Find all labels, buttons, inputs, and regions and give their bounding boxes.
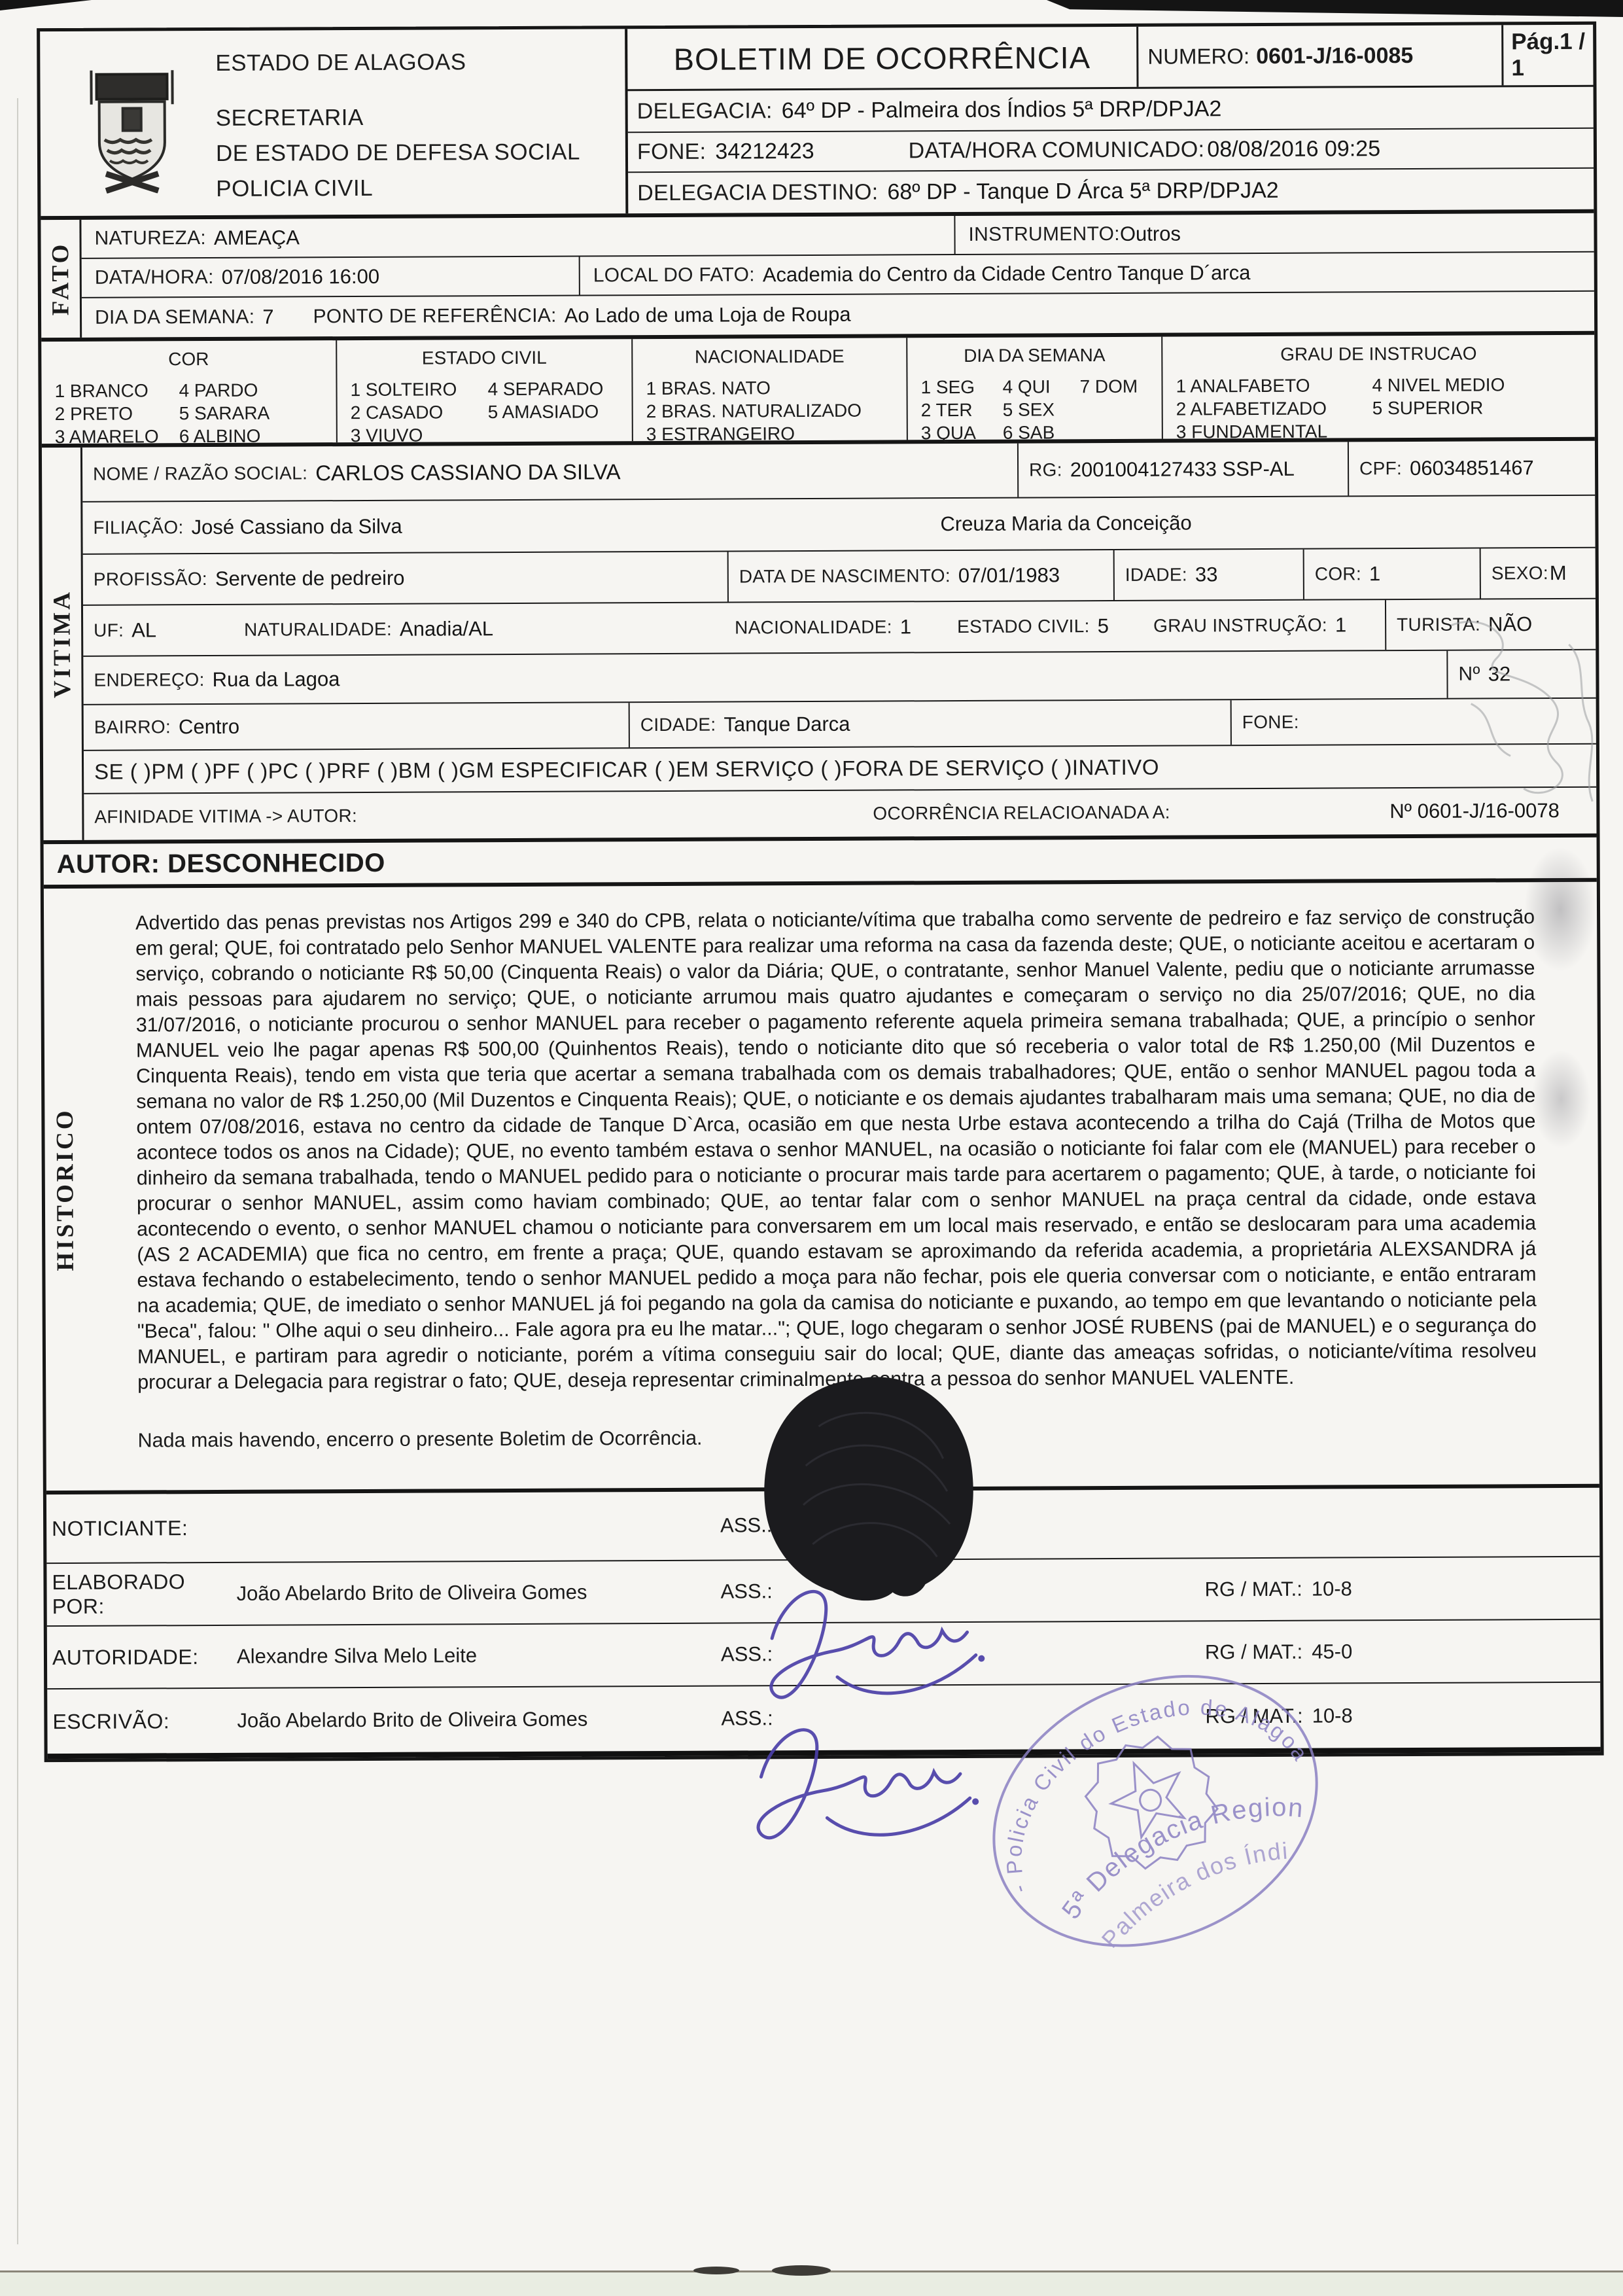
escrivao-role-label: ESCRIVÃO: — [47, 1709, 198, 1734]
document-page: ESTADO DE ALAGOAS SECRETARIA DE ESTADO D… — [0, 0, 1623, 2270]
ponto-referencia-value: Ao Lado de uma Loja de Roupa — [565, 303, 851, 328]
cidade-label: CIDADE: — [640, 715, 716, 736]
profissao-value: Servente de pedreiro — [215, 567, 405, 591]
filiacao-pai-value: José Cassiano da Silva — [191, 515, 402, 539]
legend-nacionalidade: NACIONALIDADE 1 BRAS. NATO 2 BRAS. NATUR… — [631, 338, 907, 441]
ponto-referencia-label: PONTO DE REFERÊNCIA: — [313, 305, 557, 328]
cidade-value: Tanque Darca — [724, 713, 850, 737]
filiacao-label: FILIAÇÃO: — [93, 517, 183, 539]
signature-escrivao — [736, 1706, 998, 1884]
uf-label: UF: — [94, 620, 124, 641]
vitima-fone-label: FONE: — [1242, 712, 1299, 733]
header-main-block: BOLETIM DE OCORRÊNCIA NUMERO: 0601-J/16-… — [627, 25, 1594, 213]
paper-edge-shadow — [17, 98, 18, 2244]
estado-civil-label: ESTADO CIVIL: — [957, 616, 1090, 637]
elaborado-rgmat-label: RG / MAT.: — [1204, 1578, 1302, 1602]
comunicado-value: 08/08/2016 09:25 — [1207, 136, 1380, 162]
destino-value: 68º DP - Tanque D Árca 5ª DRP/DPJA2 — [887, 178, 1278, 205]
nome-value: CARLOS CASSIANO DA SILVA — [315, 459, 621, 486]
alagoas-coat-of-arms-icon — [71, 62, 193, 194]
org-line-defesa-social: DE ESTADO DE DEFESA SOCIAL — [216, 139, 580, 167]
delegacia-label: DELEGACIA: — [637, 98, 773, 124]
org-line-policia-civil: POLICIA CIVIL — [216, 175, 580, 202]
scan-edge-blob — [772, 2265, 831, 2276]
cor-label: COR: — [1315, 563, 1361, 584]
scan-smear — [1531, 1050, 1591, 1148]
cpf-value: 06034851467 — [1410, 456, 1534, 480]
vitima-section: VITIMA NOME / RAZÃO SOCIAL: CARLOS CASSI… — [42, 441, 1597, 844]
historico-section-label: HISTORICO — [44, 889, 87, 1491]
document-number: NUMERO: 0601-J/16-0085 — [1136, 25, 1501, 87]
endereco-label: ENDEREÇO: — [94, 669, 204, 691]
ocorrencia-relacionada-label: OCORRÊNCIA RELACIOANADA A: — [873, 802, 1170, 824]
instrumento-value: Outros — [1120, 222, 1181, 246]
legend-grau-instrucao: GRAU DE INSTRUCAO 1 ANALFABETO4 NIVEL ME… — [1161, 335, 1595, 439]
estado-civil-value: 5 — [1098, 614, 1109, 638]
stamp-ring-text: - Policia Civil do Estado de Alagoas - — [965, 1659, 1317, 1909]
noticiante-role-label: NOTICIANTE: — [46, 1516, 197, 1541]
local-fato-label: LOCAL DO FATO: — [593, 264, 755, 287]
autoridade-name: Alexandre Silva Melo Leite — [198, 1643, 721, 1669]
idade-value: 33 — [1195, 563, 1218, 586]
delegacia-value: 64º DP - Palmeira dos Índios 5ª DRP/DPJA… — [782, 96, 1222, 124]
code-legend: COR 1 BRANCO4 PARDO 2 PRETO5 SARARA 3 AM… — [41, 335, 1595, 448]
org-line-estado: ESTADO DE ALAGOAS — [215, 49, 580, 77]
pencil-smudge-marks — [1425, 605, 1602, 828]
noticiante-name — [197, 1526, 720, 1528]
local-fato-value: Academia do Centro da Cidade Centro Tanq… — [763, 261, 1251, 287]
dia-semana-label: DIA DA SEMANA: — [95, 306, 254, 329]
naturalidade-label: NATURALIDADE: — [244, 619, 392, 641]
autor-line: AUTOR: DESCONHECIDO — [44, 838, 1597, 889]
svg-text:- Policia Civil do Estado de A: - Policia Civil do Estado de Alagoas - — [965, 1659, 1317, 1909]
fone-value: 34212423 — [715, 139, 814, 165]
elaborado-name: João Abelardo Brito de Oliveira Gomes — [197, 1580, 720, 1606]
sexo-value: M — [1550, 561, 1567, 585]
cor-value: 1 — [1369, 562, 1380, 586]
profissao-label: PROFISSÃO: — [94, 569, 207, 590]
idade-label: IDADE: — [1125, 564, 1187, 585]
numero-label: NUMERO: — [1147, 44, 1249, 69]
autoridade-role-label: AUTORIDADE: — [47, 1645, 198, 1670]
legend-cor: COR 1 BRANCO4 PARDO 2 PRETO5 SARARA 3 AM… — [41, 340, 336, 444]
scanned-police-report: { "header": { "org_lines": ["ESTADO DE A… — [0, 0, 1623, 2296]
destino-label: DELEGACIA DESTINO: — [637, 179, 878, 206]
police-round-stamp: - Policia Civil do Estado de Alagoas - 5… — [965, 1659, 1346, 1962]
numero-value: 0601-J/16-0085 — [1256, 43, 1413, 69]
fato-section-label: FATO — [41, 220, 82, 338]
afinidade-label: AFINIDADE VITIMA -> AUTOR: — [94, 805, 357, 828]
rg-value: 2001004127433 SSP-AL — [1070, 457, 1295, 482]
grau-instrucao-value: 1 — [1335, 613, 1346, 637]
scan-edge-blob — [693, 2267, 739, 2274]
vitima-section-label: VITIMA — [42, 448, 84, 840]
grau-instrucao-label: GRAU INSTRUÇÃO: — [1153, 615, 1327, 637]
org-line-secretaria: SECRETARIA — [216, 104, 580, 132]
nacionalidade-value: 1 — [900, 615, 911, 639]
cpf-label: CPF: — [1359, 458, 1402, 479]
comunicado-label: DATA/HORA COMUNICADO: — [909, 137, 1205, 164]
rg-label: RG: — [1029, 459, 1062, 480]
elaborado-role-label: ELABORADO POR: — [46, 1570, 197, 1619]
naturalidade-value: Anadia/AL — [400, 617, 493, 641]
legend-estado-civil: ESTADO CIVIL 1 SOLTEIRO4 SEPARADO 2 CASA… — [336, 339, 632, 442]
fone-label: FONE: — [637, 139, 707, 165]
legend-dia-semana: DIA DA SEMANA 1 SEG4 QUI7 DOM 2 TER5 SEX… — [906, 337, 1162, 440]
fato-section: FATO NATUREZA: AMEAÇA INSTRUMENTO: Outro… — [41, 213, 1594, 342]
servico-checkbox-line: SE ( )PM ( )PF ( )PC ( )PRF ( )BM ( )GM … — [84, 755, 1159, 785]
scan-smear — [1524, 847, 1597, 972]
form-header: ESTADO DE ALAGOAS SECRETARIA DE ESTADO D… — [40, 25, 1594, 220]
nascimento-value: 07/01/1983 — [958, 563, 1060, 588]
nascimento-label: DATA DE NASCIMENTO: — [739, 565, 951, 587]
escrivao-name: João Abelardo Brito de Oliveira Gomes — [198, 1707, 721, 1733]
endereco-value: Rua da Lagoa — [213, 667, 340, 692]
nacionalidade-label: NACIONALIDADE: — [735, 616, 892, 638]
scan-tilt-wrapper: ESTADO DE ALAGOAS SECRETARIA DE ESTADO D… — [0, 0, 1623, 2274]
document-title: BOLETIM DE OCORRÊNCIA — [627, 27, 1136, 90]
dia-semana-value: 7 — [262, 306, 273, 329]
uf-value: AL — [131, 618, 156, 642]
nome-label: NOME / RAZÃO SOCIAL: — [93, 463, 307, 484]
filiacao-mae-value: Creuza Maria da Conceição — [940, 511, 1191, 536]
instrumento-label: INSTRUMENTO: — [968, 223, 1120, 246]
historico-text: Advertido das penas previstas nos Artigo… — [135, 904, 1537, 1395]
natureza-value: AMEAÇA — [214, 226, 300, 250]
sexo-label: SEXO: — [1492, 563, 1548, 584]
page-indicator: Pág.1 / 1 — [1501, 25, 1593, 86]
elaborado-rgmat-value: 10-8 — [1312, 1577, 1352, 1600]
datahora-value: 07/08/2016 16:00 — [222, 265, 379, 289]
bairro-label: BAIRRO: — [94, 716, 171, 738]
bairro-value: Centro — [179, 715, 239, 739]
datahora-label: DATA/HORA: — [95, 266, 214, 289]
natureza-label: NATUREZA: — [94, 227, 206, 250]
header-org-block: ESTADO DE ALAGOAS SECRETARIA DE ESTADO D… — [40, 29, 628, 216]
